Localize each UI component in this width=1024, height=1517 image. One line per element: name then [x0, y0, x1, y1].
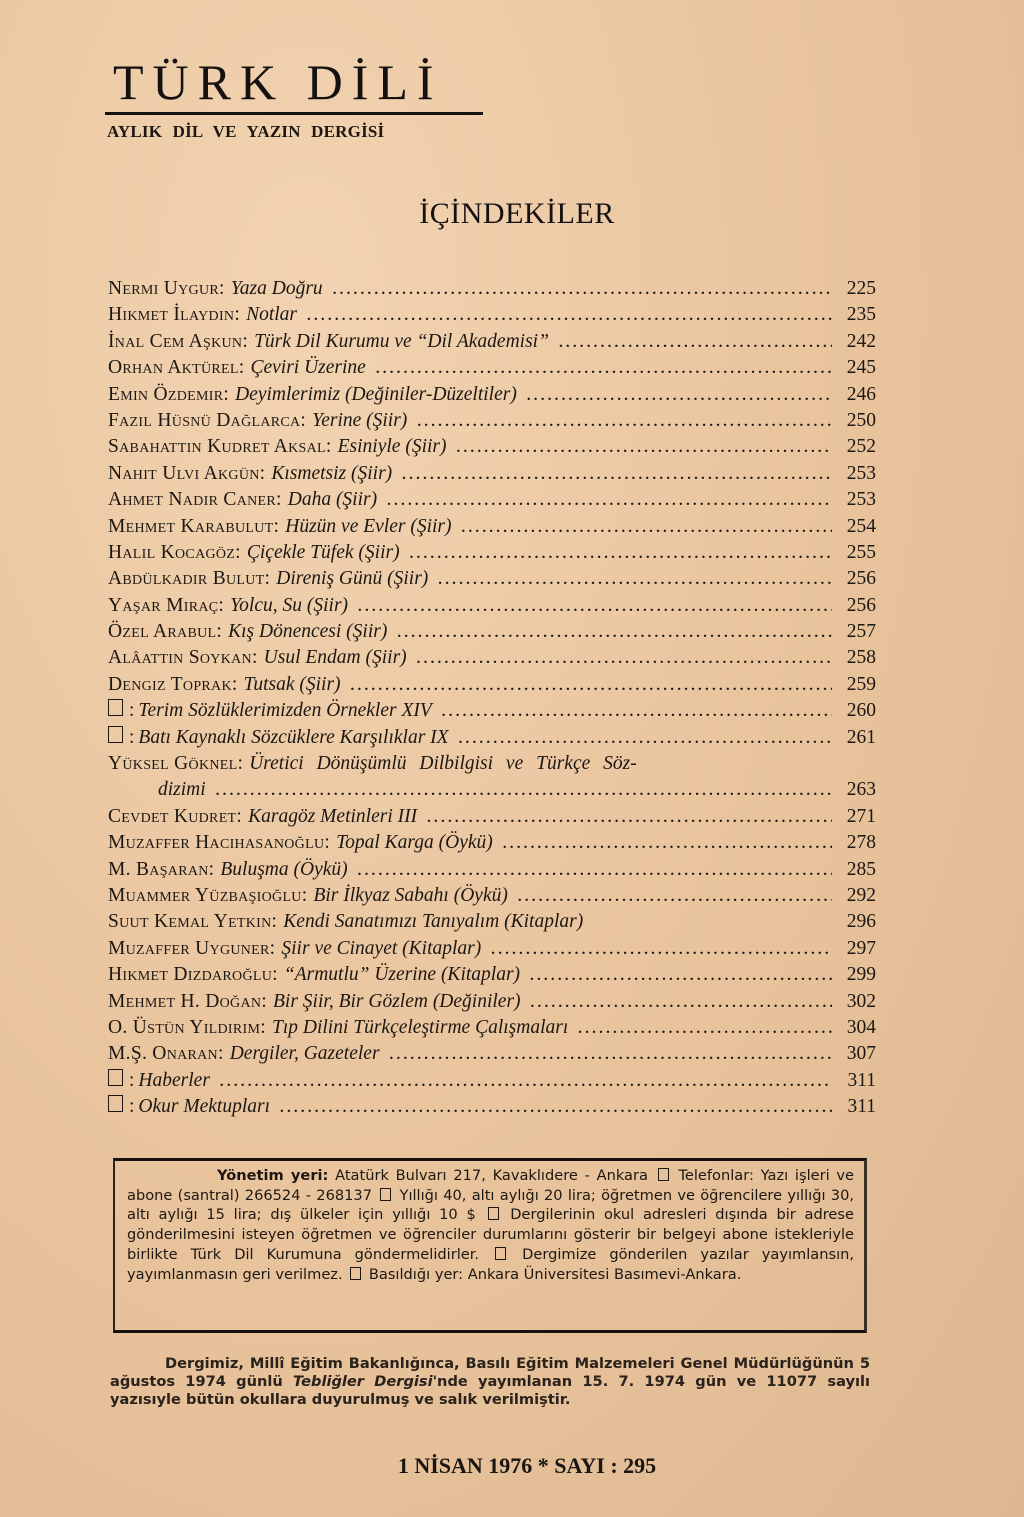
entry-page-number: 311: [840, 1094, 876, 1120]
entry-page-number: 311: [840, 1068, 876, 1094]
toc-entry[interactable]: :Haberler311: [108, 1068, 876, 1094]
leader-dots: [376, 356, 832, 382]
toc-entry[interactable]: Orhan Aktürel:Çeviri Üzerine245: [108, 355, 876, 381]
entry-page-number: 245: [840, 355, 876, 381]
square-separator-icon: [488, 1207, 499, 1220]
entry-author: Fazıl Hüsnü Dağlarca:: [108, 408, 306, 434]
leader-dots: [457, 435, 833, 461]
entry-title: Bir Şiir, Bir Gözlem (Değiniler): [273, 989, 521, 1015]
entry-page-number: 259: [840, 672, 876, 698]
entry-title: Okur Mektupları: [138, 1094, 270, 1120]
entry-title: Topal Karga (Öykü): [336, 830, 493, 856]
entry-author: O. Üstün Yıldırım:: [108, 1015, 266, 1041]
toc-entry[interactable]: Mehmet Karabulut:Hüzün ve Evler (Şiir)25…: [108, 514, 876, 540]
entry-page-number: 256: [840, 593, 876, 619]
toc-heading: İÇİNDEKİLER: [0, 197, 1024, 231]
entry-page-number: 278: [840, 830, 876, 856]
toc-entry[interactable]: Alâattin Soykan:Usul Endam (Şiir)258: [108, 645, 876, 671]
entry-author: Muzaffer Uyguner:: [108, 936, 275, 962]
leader-dots: [410, 541, 832, 567]
entry-title: Şiir ve Cinayet (Kitaplar): [281, 936, 481, 962]
square-bullet-icon: [108, 1095, 123, 1112]
entry-author: Suut Kemal Yetkin:: [108, 909, 277, 935]
entry-author: Nahit Ulvi Akgün:: [108, 461, 265, 487]
entry-title: Haberler: [138, 1068, 210, 1094]
toc-entry[interactable]: Nermi Uygur:Yaza Doğru225: [108, 276, 876, 302]
square-separator-icon: [495, 1247, 506, 1260]
leader-dots: [307, 303, 832, 329]
publication-info-box: Yönetim yeri: Atatürk Bulvarı 217, Kavak…: [113, 1158, 867, 1333]
entry-title: Kış Dönencesi (Şiir): [228, 619, 387, 645]
toc-entry[interactable]: Cevdet Kudret:Karagöz Metinleri III271: [108, 804, 876, 830]
colon-separator: :: [129, 698, 134, 724]
toc-entry[interactable]: M.Ş. Onaran:Dergiler, Gazeteler307: [108, 1041, 876, 1067]
leader-dots: [358, 594, 832, 620]
leader-dots: [531, 990, 832, 1016]
toc-entry[interactable]: Mehmet H. Doğan:Bir Şiir, Bir Gözlem (De…: [108, 989, 876, 1015]
entry-title: Hüzün ve Evler (Şiir): [285, 514, 451, 540]
leader-dots: [351, 673, 832, 699]
entry-author: Muammer Yüzbaşıoğlu:: [108, 883, 307, 909]
toc-entry[interactable]: :Terim Sözlüklerimizden Örnekler XIV260: [108, 698, 876, 724]
entry-author: Özel Arabul:: [108, 619, 222, 645]
table-of-contents: Nermi Uygur:Yaza Doğru225Hikmet İlaydın:…: [108, 276, 876, 1121]
entry-title: Bir İlkyaz Sabahı (Öykü): [313, 883, 507, 909]
leader-dots: [280, 1095, 832, 1121]
toc-entry[interactable]: Fazıl Hüsnü Dağlarca:Yerine (Şiir)250: [108, 408, 876, 434]
toc-entry[interactable]: Nahit Ulvi Akgün:Kısmetsiz (Şiir)253: [108, 461, 876, 487]
entry-page-number: 235: [840, 302, 876, 328]
entry-page-number: 299: [840, 962, 876, 988]
toc-entry[interactable]: Hikmet İlaydın:Notlar235: [108, 302, 876, 328]
entry-page-number: 297: [840, 936, 876, 962]
journal-subtitle: AYLIK DİL VE YAZIN DERGİSİ: [107, 122, 483, 142]
entry-page-number: 292: [840, 883, 876, 909]
entry-author: Mehmet Karabulut:: [108, 514, 279, 540]
management-label: Yönetim yeri:: [217, 1167, 328, 1184]
entry-title: Daha (Şiir): [288, 487, 377, 513]
toc-entry[interactable]: :Okur Mektupları311: [108, 1094, 876, 1120]
toc-entry[interactable]: Yaşar Miraç:Yolcu, Su (Şiir)256: [108, 593, 876, 619]
entry-page-number: 257: [840, 619, 876, 645]
leader-dots: [216, 778, 832, 804]
leader-dots: [527, 383, 832, 409]
entry-page-number: 261: [840, 725, 876, 751]
toc-entry[interactable]: Halil Kocagöz:Çiçekle Tüfek (Şiir)255: [108, 540, 876, 566]
entry-page-number: 304: [840, 1015, 876, 1041]
leader-dots: [220, 1069, 832, 1095]
entry-page-number: 225: [840, 276, 876, 302]
entry-page-number: 285: [840, 857, 876, 883]
leader-dots: [578, 1016, 832, 1042]
toc-entry[interactable]: Abdülkadir Bulut:Direniş Günü (Şiir)256: [108, 566, 876, 592]
square-bullet-icon: [108, 1069, 123, 1086]
toc-entry[interactable]: Ahmet Nadir Caner:Daha (Şiir)253: [108, 487, 876, 513]
square-bullet-icon: [108, 726, 123, 743]
toc-entry[interactable]: Muzaffer Uyguner:Şiir ve Cinayet (Kitapl…: [108, 936, 876, 962]
entry-page-number: 253: [840, 487, 876, 513]
entry-author: Muzaffer Hacıhasanoğlu:: [108, 830, 330, 856]
entry-author: Orhan Aktürel:: [108, 355, 244, 381]
entry-title: Terim Sözlüklerimizden Örnekler XIV: [138, 698, 431, 724]
entry-author: M.Ş. Onaran:: [108, 1041, 224, 1067]
square-separator-icon: [658, 1168, 669, 1181]
entry-title: Yolcu, Su (Şiir): [230, 593, 348, 619]
leader-dots: [530, 963, 832, 989]
entry-title: Yerine (Şiir): [312, 408, 407, 434]
entry-title: Çeviri Üzerine: [250, 355, 365, 381]
entry-page-number: 260: [840, 698, 876, 724]
entry-title: Usul Endam (Şiir): [264, 645, 407, 671]
leader-dots: [417, 646, 832, 672]
toc-entry[interactable]: Hikmet Dizdaroğlu:“Armutlu” Üzerine (Kit…: [108, 962, 876, 988]
square-separator-icon: [350, 1267, 361, 1280]
entry-author: Mehmet H. Doğan:: [108, 989, 267, 1015]
entry-title: Direniş Günü (Şiir): [276, 566, 428, 592]
entry-title: Üretici Dönüşümlü Dilbilgisi ve Türkçe S…: [249, 751, 637, 777]
entry-author: Alâattin Soykan:: [108, 645, 258, 671]
toc-entry[interactable]: Yüksel Göknel:Üretici Dönüşümlü Dilbilgi…: [108, 751, 876, 804]
entry-page-number: 296: [840, 909, 876, 935]
info-segment: Atatürk Bulvarı 217, Kavaklıdere - Ankar…: [335, 1167, 648, 1184]
entry-page-number: 242: [840, 329, 876, 355]
entry-page-number: 253: [840, 461, 876, 487]
leader-dots: [459, 726, 832, 752]
entry-page-number: 302: [840, 989, 876, 1015]
entry-author: Hikmet İlaydın:: [108, 302, 240, 328]
entry-page-number: 252: [840, 434, 876, 460]
leader-dots: [503, 831, 832, 857]
toc-entry[interactable]: Özel Arabul:Kış Dönencesi (Şiir)257: [108, 619, 876, 645]
leader-dots: [358, 858, 832, 884]
entry-title: Dergiler, Gazeteler: [230, 1041, 380, 1067]
entry-title: Buluşma (Öykü): [220, 857, 347, 883]
entry-title: Tıp Dilini Türkçeleştirme Çalışmaları: [272, 1015, 568, 1041]
leader-dots: [333, 277, 832, 303]
masthead-rule: [105, 112, 483, 115]
toc-entry[interactable]: Dengiz Toprak:Tutsak (Şiir)259: [108, 672, 876, 698]
leader-dots: [417, 409, 832, 435]
entry-page-number: 254: [840, 514, 876, 540]
entry-author: Abdülkadir Bulut:: [108, 566, 270, 592]
square-separator-icon: [380, 1188, 391, 1201]
journal-title: TÜRK DİLİ: [113, 57, 483, 107]
entry-title: Yaza Doğru: [231, 276, 323, 302]
leader-dots: [559, 330, 832, 356]
entry-author: Yüksel Göknel:: [108, 751, 243, 777]
entry-author: Emin Özdemir:: [108, 382, 229, 408]
entry-title: Deyimlerimiz (Değiniler-Düzeltiler): [235, 382, 517, 408]
entry-author: Sabahattin Kudret Aksal:: [108, 434, 332, 460]
notice-italic: Tebliğler Dergisi: [293, 1373, 433, 1390]
leader-dots: [390, 1042, 832, 1068]
toc-entry[interactable]: Emin Özdemir:Deyimlerimiz (Değiniler-Düz…: [108, 382, 876, 408]
leader-dots: [518, 884, 832, 910]
entry-author: Nermi Uygur:: [108, 276, 225, 302]
entry-author: İnal Cem Aşkun:: [108, 329, 248, 355]
leader-dots: [397, 620, 832, 646]
colon-separator: :: [129, 725, 134, 751]
entry-title: “Armutlu” Üzerine (Kitaplar): [284, 962, 520, 988]
leader-dots: [387, 488, 832, 514]
entry-page-number: 246: [840, 382, 876, 408]
entry-page-number: 263: [840, 777, 876, 803]
entry-page-number: 255: [840, 540, 876, 566]
leader-dots: [462, 515, 833, 541]
entry-title: Kendi Sanatımızı Tanıyalım (Kitaplar): [283, 909, 583, 935]
entry-title: Notlar: [246, 302, 297, 328]
entry-title: Türk Dil Kurumu ve “Dil Akademisi”: [254, 329, 549, 355]
info-segment: Basıldığı yer: Ankara Üniversitesi Basım…: [369, 1266, 741, 1283]
publication-info-text: Yönetim yeri: Atatürk Bulvarı 217, Kavak…: [127, 1166, 854, 1284]
leader-dots: [442, 699, 832, 725]
entry-author: Hikmet Dizdaroğlu:: [108, 962, 278, 988]
entry-title: Karagöz Metinleri III: [248, 804, 417, 830]
entry-page-number: 256: [840, 566, 876, 592]
toc-entry[interactable]: Sabahattin Kudret Aksal:Esiniyle (Şiir)2…: [108, 434, 876, 460]
entry-title: Çiçekle Tüfek (Şiir): [247, 540, 400, 566]
entry-page-number: 258: [840, 645, 876, 671]
square-bullet-icon: [108, 699, 123, 716]
entry-title: Tutsak (Şiir): [244, 672, 341, 698]
entry-title: Kısmetsiz (Şiir): [271, 461, 392, 487]
issue-date-line: 1 NİSAN 1976 * SAYI : 295: [0, 1453, 1024, 1479]
ministry-notice: Dergimiz, Millî Eğitim Bakanlığınca, Bas…: [110, 1355, 870, 1410]
entry-author: Cevdet Kudret:: [108, 804, 242, 830]
entry-page-number: 307: [840, 1041, 876, 1067]
entry-title: Batı Kaynaklı Sözcüklere Karşılıklar IX: [138, 725, 448, 751]
masthead: TÜRK DİLİ AYLIK DİL VE YAZIN DERGİSİ: [105, 57, 483, 142]
toc-entry[interactable]: Suut Kemal Yetkin:Kendi Sanatımızı Tanıy…: [108, 909, 876, 935]
toc-entry[interactable]: O. Üstün Yıldırım:Tıp Dilini Türkçeleşti…: [108, 1015, 876, 1041]
leader-dots: [402, 462, 832, 488]
entry-author: Halil Kocagöz:: [108, 540, 241, 566]
leader-dots: [427, 805, 832, 831]
colon-separator: :: [129, 1068, 134, 1094]
entry-author: Ahmet Nadir Caner:: [108, 487, 282, 513]
toc-entry[interactable]: İnal Cem Aşkun:Türk Dil Kurumu ve “Dil A…: [108, 329, 876, 355]
colon-separator: :: [129, 1094, 134, 1120]
entry-author: Yaşar Miraç:: [108, 593, 224, 619]
leader-dots: [438, 567, 832, 593]
toc-entry[interactable]: M. Başaran:Buluşma (Öykü)285: [108, 857, 876, 883]
entry-title: Esiniyle (Şiir): [338, 434, 447, 460]
entry-title-continued: dizimi: [158, 777, 206, 803]
toc-entry[interactable]: Muzaffer Hacıhasanoğlu:Topal Karga (Öykü…: [108, 830, 876, 856]
entry-page-number: 271: [840, 804, 876, 830]
toc-entry[interactable]: :Batı Kaynaklı Sözcüklere Karşılıklar IX…: [108, 725, 876, 751]
entry-page-number: 250: [840, 408, 876, 434]
toc-entry[interactable]: Muammer Yüzbaşıoğlu:Bir İlkyaz Sabahı (Ö…: [108, 883, 876, 909]
leader-dots: [491, 937, 832, 963]
entry-author: Dengiz Toprak:: [108, 672, 238, 698]
entry-author: M. Başaran:: [108, 857, 214, 883]
